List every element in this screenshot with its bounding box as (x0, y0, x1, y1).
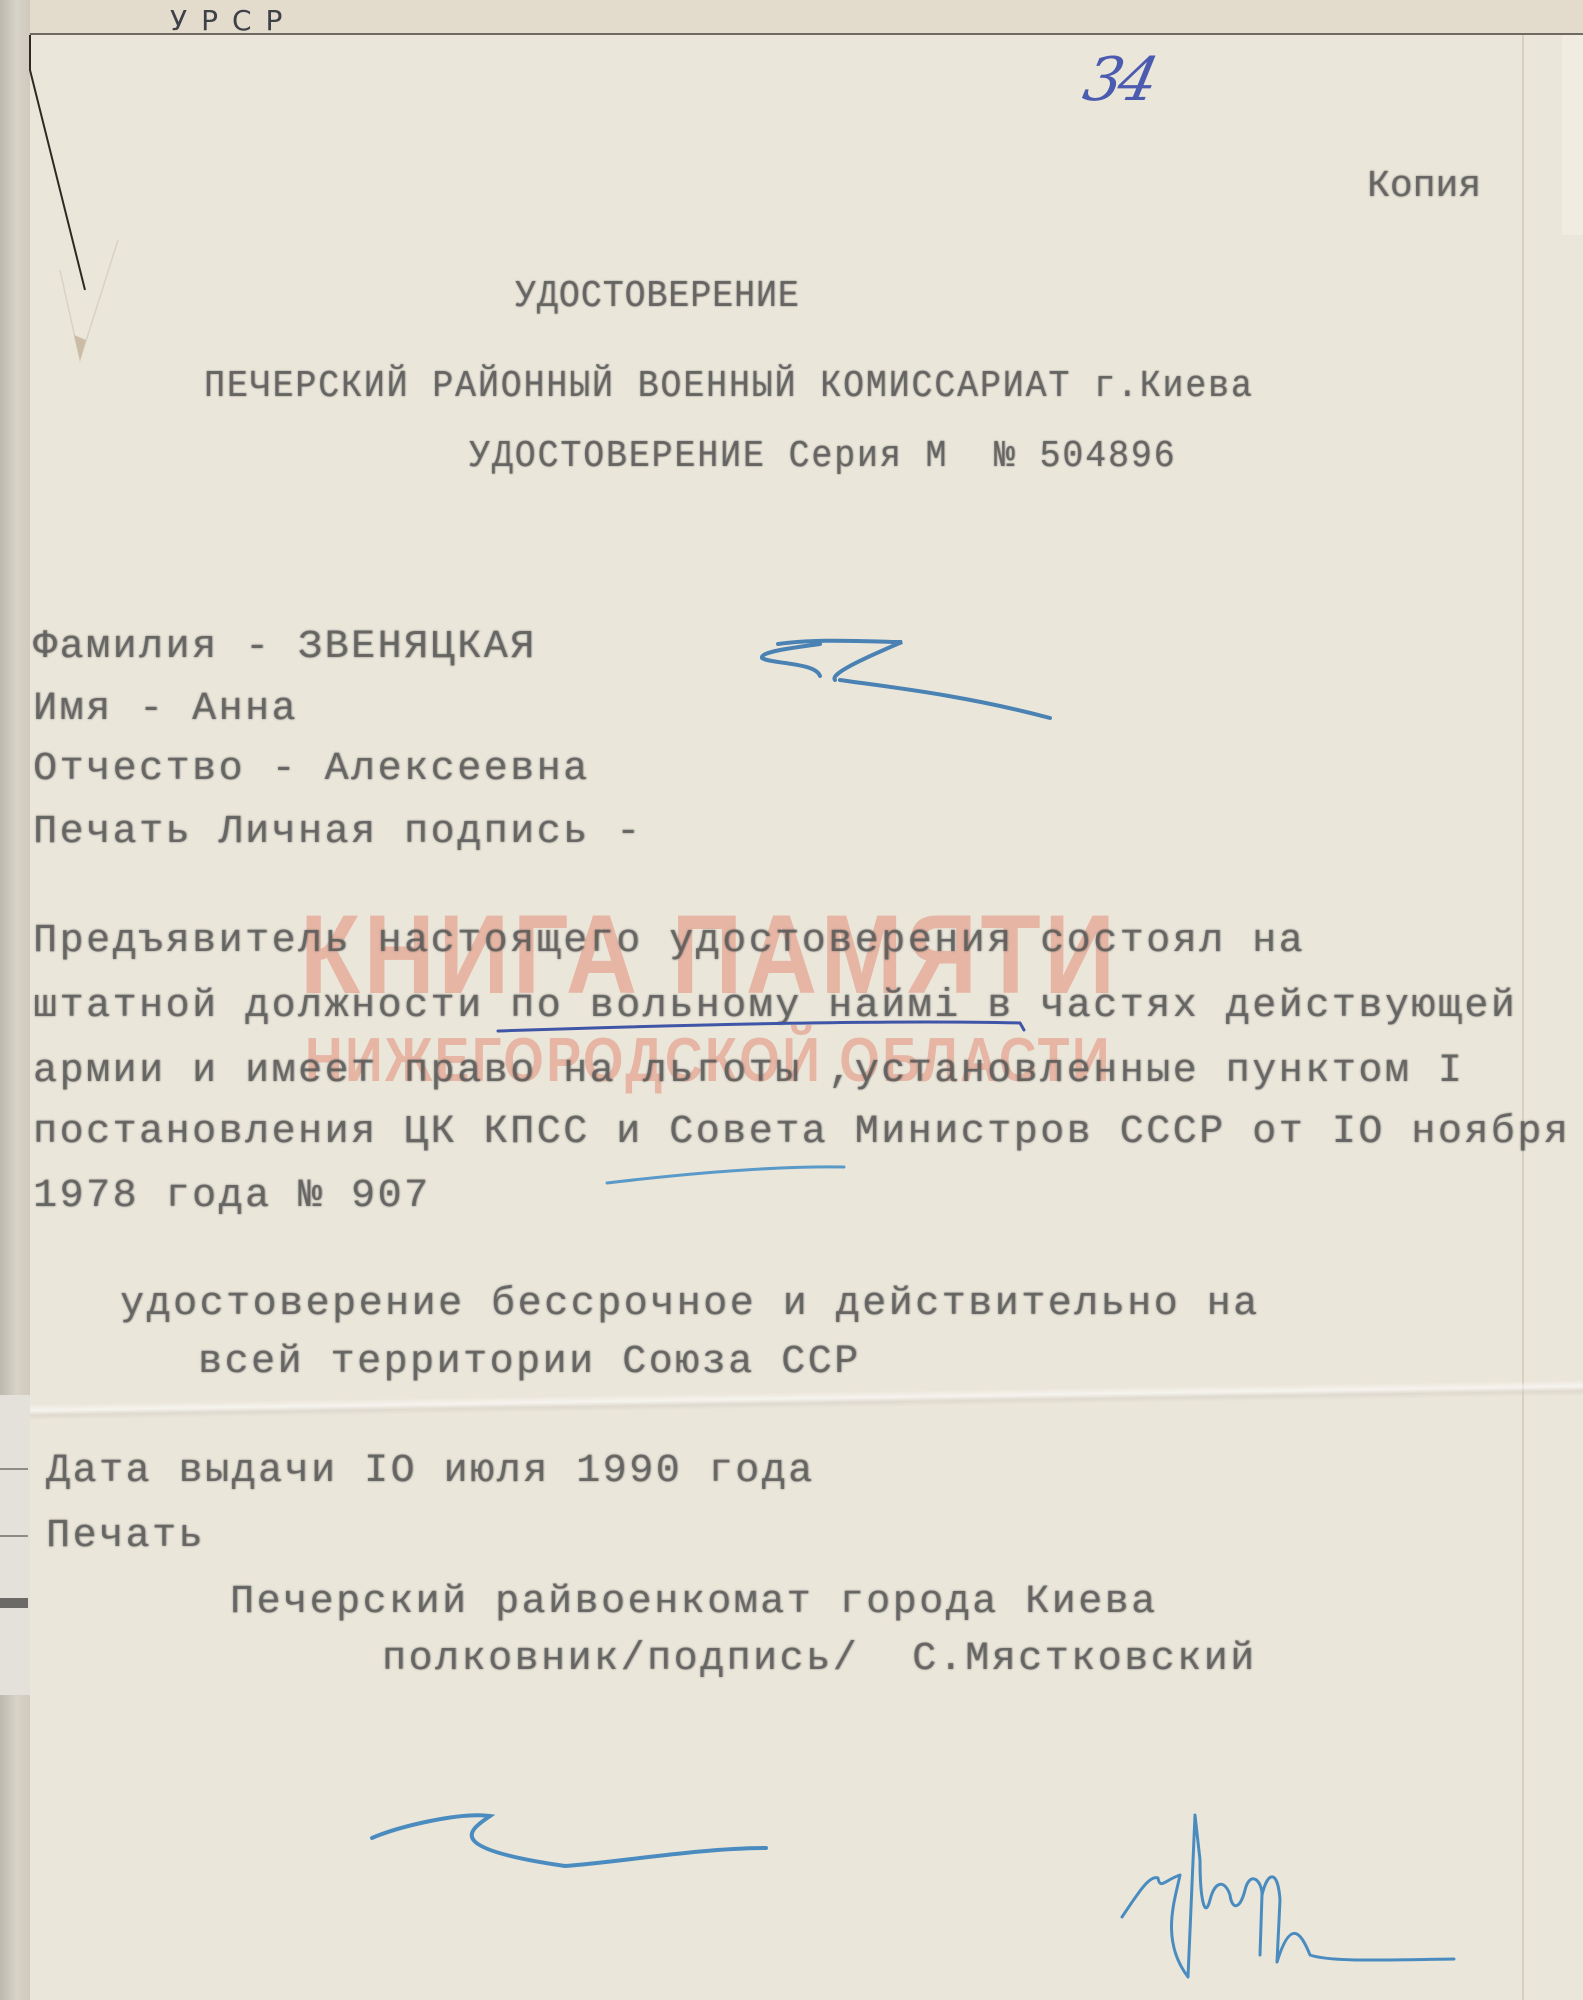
blue-check-mark-bottom (372, 1815, 766, 1866)
underline-dark-blue (498, 1022, 1024, 1031)
ink-annotations (0, 0, 1583, 2000)
blue-check-mark (762, 641, 1050, 718)
handwritten-signature (1122, 1815, 1454, 1977)
underline-light-blue (607, 1167, 844, 1183)
